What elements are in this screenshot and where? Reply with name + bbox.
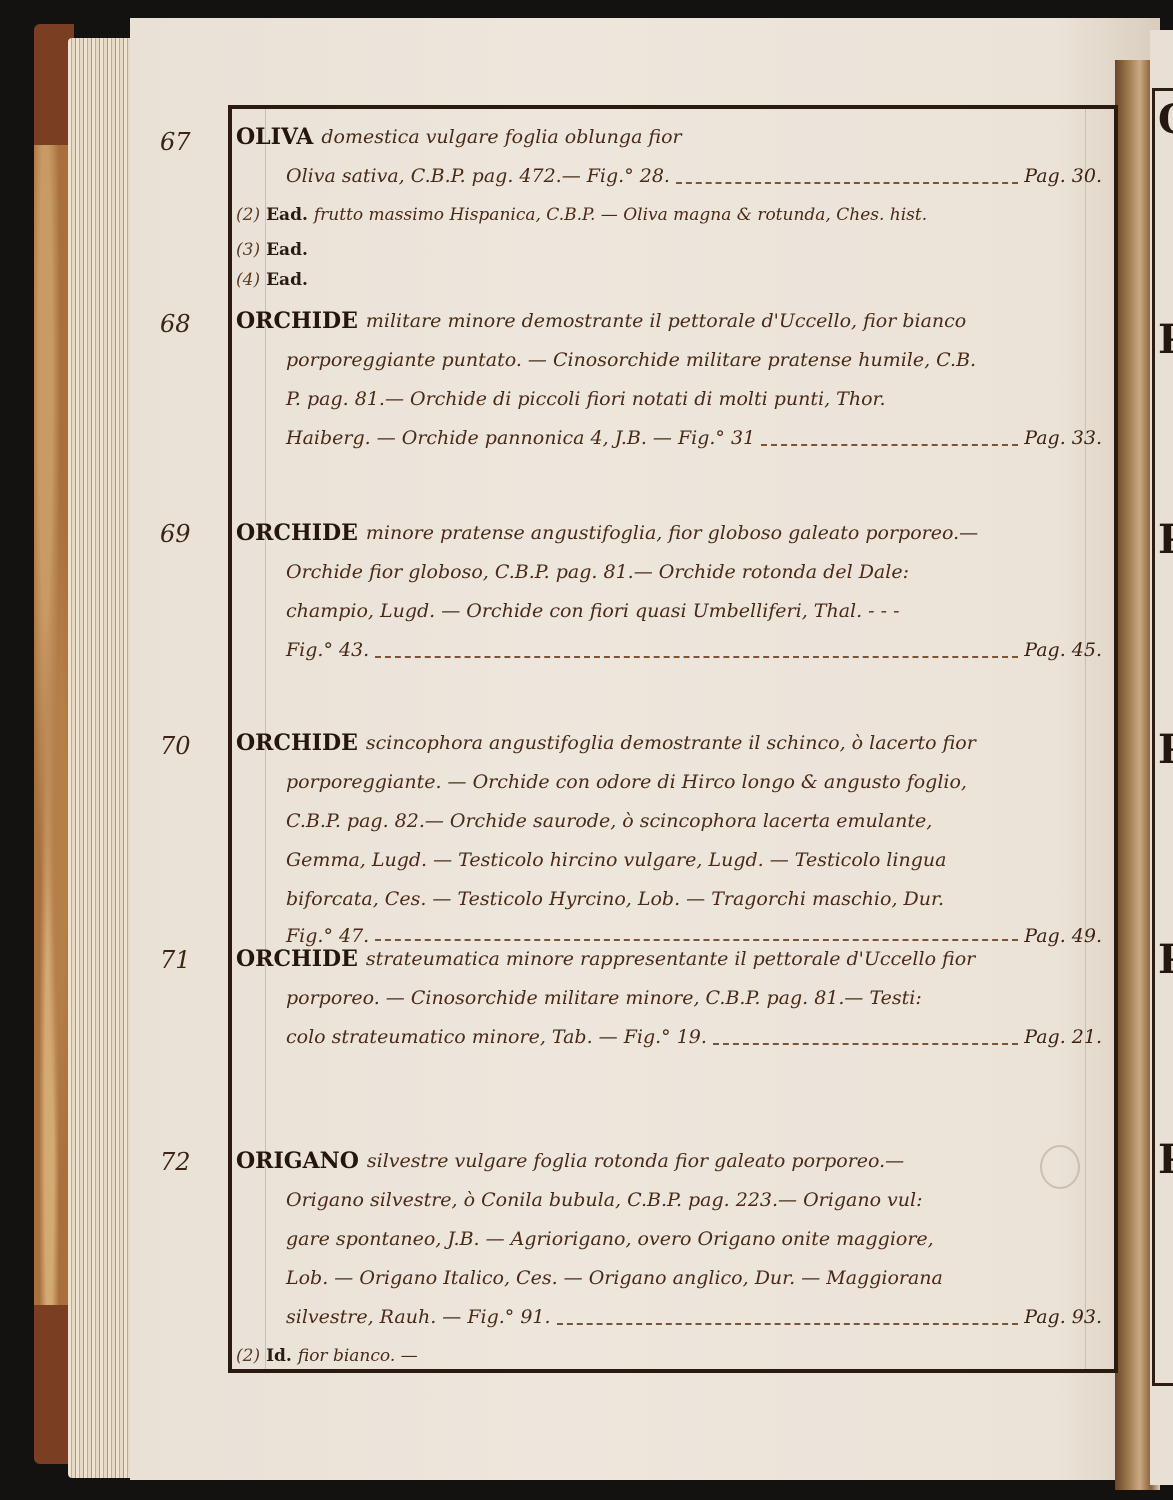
entry-headword: ORCHIDE: [236, 940, 358, 979]
entry-orchide-68: ORCHIDEmilitare minore demostrante il pe…: [236, 302, 1102, 458]
page-edges: [68, 38, 132, 1478]
entry-orchide-70: ORCHIDEscincophora angustifoglia demostr…: [236, 724, 1102, 953]
entry-number: 68: [160, 310, 191, 338]
entry-line: Lob. — Origano Italico, Ces. — Origano a…: [286, 1259, 943, 1298]
variant-text: frutto massimo Hispanica, C.B.P. — Oliva…: [314, 196, 927, 235]
entry-oliva: OLIVAdomestica vulgare foglia oblunga fi…: [236, 118, 1102, 295]
entry-line: P. pag. 81.— Orchide di piccoli fiori no…: [286, 380, 886, 419]
dotted-leader: [375, 631, 1018, 658]
entry-line: strateumatica minore rappresentante il p…: [366, 940, 975, 979]
entry-line: Orchide fior globoso, C.B.P. pag. 81.— O…: [286, 553, 909, 592]
entry-line: Oliva sativa, C.B.P. pag. 472.— Fig.° 28…: [286, 157, 670, 196]
variant-text: fior bianco. —: [298, 1337, 418, 1376]
variant-head: Ead.: [266, 265, 308, 295]
facing-page-initial: P: [1158, 320, 1173, 360]
entry-number: 70: [160, 732, 191, 760]
dotted-leader: [676, 157, 1018, 184]
page-reference: Pag. 93.: [1024, 1298, 1102, 1337]
page-reference: Pag. 30.: [1024, 157, 1102, 196]
entry-line: C.B.P. pag. 82.— Orchide saurode, ò scin…: [286, 802, 932, 841]
variant-marker: (3): [236, 235, 260, 265]
page-reference: Pag. 21.: [1024, 1018, 1102, 1057]
book-cover-marbled-paper: [34, 145, 72, 1305]
variant-marker: (4): [236, 265, 260, 295]
entry-headword: ORCHIDE: [236, 514, 358, 553]
variant-head: Id.: [266, 1337, 292, 1376]
entry-headword: OLIVA: [236, 118, 313, 157]
entry-line: Haiberg. — Orchide pannonica 4, J.B. — F…: [286, 419, 755, 458]
facing-page-initial: P: [1158, 730, 1173, 770]
entry-number: 69: [160, 520, 191, 548]
entry-number: 67: [160, 128, 191, 156]
facing-page-initial: P: [1158, 940, 1173, 980]
entry-line: domestica vulgare foglia oblunga fior: [321, 118, 681, 157]
dotted-leader: [713, 1018, 1018, 1045]
facing-page-initial: P: [1158, 1140, 1173, 1180]
variant-marker: (2): [236, 1337, 260, 1376]
variant-head: Ead.: [266, 196, 308, 235]
dotted-leader: [557, 1298, 1019, 1325]
entry-line: Gemma, Lugd. — Testicolo hircino vulgare…: [286, 841, 946, 880]
entry-origano: ORIGANOsilvestre vulgare foglia rotonda …: [236, 1142, 1102, 1376]
entry-line: colo strateumatico minore, Tab. — Fig.° …: [286, 1018, 707, 1057]
variant-marker: (2): [236, 196, 260, 235]
entry-headword: ORCHIDE: [236, 302, 358, 341]
entry-line: minore pratense angustifoglia, fior glob…: [366, 514, 978, 553]
entry-line: Fig.° 43.: [286, 631, 369, 670]
entry-line: biforcata, Ces. — Testicolo Hyrcino, Lob…: [286, 880, 944, 919]
entry-number: 71: [160, 946, 191, 974]
entry-line: porporeo. — Cinosorchide militare minore…: [286, 979, 922, 1018]
entry-line: porporeggiante. — Orchide con odore di H…: [286, 763, 967, 802]
page-reference: Pag. 33.: [1024, 419, 1102, 458]
entry-line: silvestre vulgare foglia rotonda fior ga…: [367, 1142, 904, 1181]
variant-head: Ead.: [266, 235, 308, 265]
entry-line: scincophora angustifoglia demostrante il…: [366, 724, 976, 763]
entry-line: champio, Lugd. — Orchide con fiori quasi…: [286, 592, 900, 631]
facing-page-initial: O: [1158, 100, 1173, 140]
entry-orchide-71: ORCHIDEstrateumatica minore rappresentan…: [236, 940, 1102, 1057]
dotted-leader: [761, 419, 1018, 446]
entry-headword: ORCHIDE: [236, 724, 358, 763]
dotted-leader: [375, 919, 1018, 941]
entry-line: porporeggiante puntato. — Cinosorchide m…: [286, 341, 976, 380]
entry-line: militare minore demostrante il pettorale…: [366, 302, 966, 341]
entry-line: gare spontaneo, J.B. — Agriorigano, over…: [286, 1220, 934, 1259]
entry-number: 72: [160, 1148, 191, 1176]
page-reference: Pag. 45.: [1024, 631, 1102, 670]
entry-line: Origano silvestre, ò Conila bubula, C.B.…: [286, 1181, 923, 1220]
entry-line: silvestre, Rauh. — Fig.° 91.: [286, 1298, 551, 1337]
entry-headword: ORIGANO: [236, 1142, 359, 1181]
facing-page-initial: P: [1158, 520, 1173, 560]
entry-orchide-69: ORCHIDEminore pratense angustifoglia, fi…: [236, 514, 1102, 670]
